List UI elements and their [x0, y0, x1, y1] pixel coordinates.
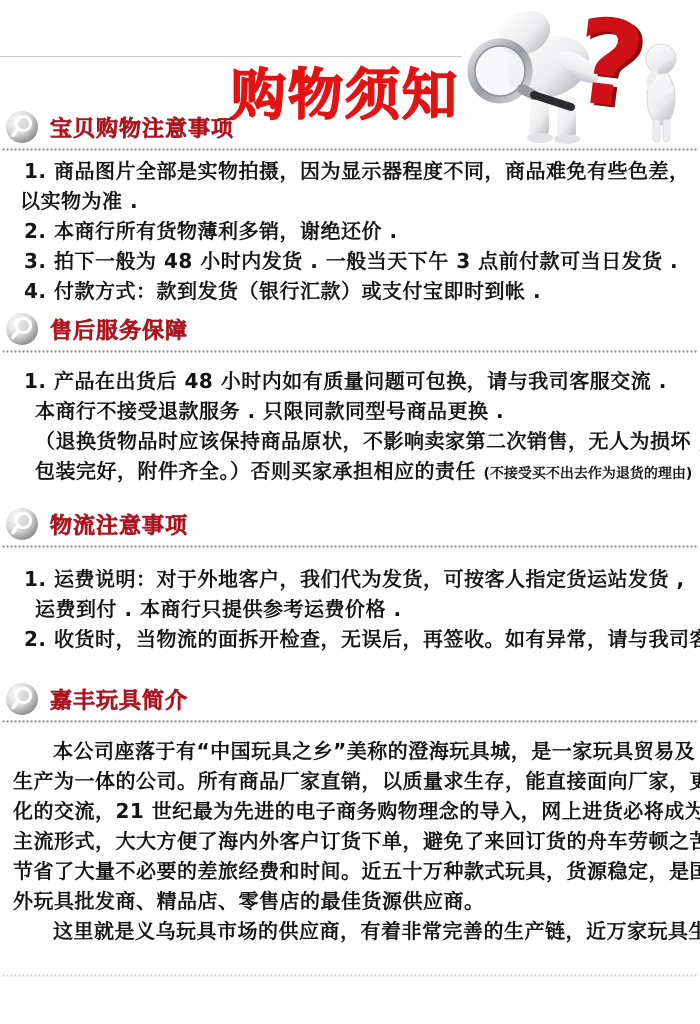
content-line: 4. 付款方式：款到发货（银行汇款）或支付宝即时到帐 .	[0, 276, 700, 306]
content-line: 2. 收货时，当物流的面拆开检查，无误后，再签收。如有异常，请与我司客服联系。	[0, 624, 700, 654]
section-body-company-intro: 本公司座落于有“中国玩具之乡”美称的澄海玩具城，是一家玩具贸易及生产为一体的公司…	[0, 736, 700, 946]
section-head-logistics: 物流注意事项	[5, 507, 188, 541]
content-line: 运费到付 . 本商行只提供参考运费价格 .	[0, 594, 700, 624]
section-title: 宝贝购物注意事项	[50, 112, 234, 143]
section-title: 嘉丰玩具简介	[50, 684, 188, 715]
content-line-text: 生产为一体的公司。所有商品厂家直销，以质量求生存，能直接面向厂家，更透明	[13, 769, 700, 793]
content-line-text: 节省了大量不必要的差旅经费和时间。近五十万种款式玩具，货源稳定，是国内	[13, 859, 700, 883]
content-line-text: 外玩具批发商、精品店、零售店的最佳货源供应商。	[13, 889, 485, 913]
content-line-text: 包装完好，附件齐全。）否则买家承担相应的责任	[35, 459, 483, 483]
section-body-logistics: 1. 运费说明：对于外地客户，我们代为发货，可按客人指定货运站发货 ,运费到付 …	[0, 564, 700, 654]
content-line: 1. 商品图片全部是实物拍摄，因为显示器程度不同，商品难免有些色差，	[0, 156, 700, 186]
dotted-separator	[2, 720, 698, 723]
content-line: 化的交流，21 世纪最为先进的电子商务购物理念的导入，网上进货必将成为一种	[0, 796, 700, 826]
section-body-shopping-notes: 1. 商品图片全部是实物拍摄，因为显示器程度不同，商品难免有些色差，以实物为准 …	[0, 156, 700, 306]
content-line: 1. 产品在出货后 48 小时内如有质量问题可包换，请与我司客服交流 .	[0, 366, 700, 396]
content-line-text: 4. 付款方式：款到发货（银行汇款）或支付宝即时到帐 .	[24, 279, 541, 303]
section-head-shopping-notes: 宝贝购物注意事项	[5, 110, 234, 144]
content-line: 1. 运费说明：对于外地客户，我们代为发货，可按客人指定货运站发货 ,	[0, 564, 700, 594]
content-line: 2. 本商行所有货物薄利多销，谢绝还价 .	[0, 216, 700, 246]
section-title: 售后服务保障	[50, 314, 188, 345]
page-title: 购物须知	[231, 67, 459, 125]
shopping-notice-page: 购物须知 ? ?	[0, 0, 700, 1024]
section-body-after-sales: 1. 产品在出货后 48 小时内如有质量问题可包换，请与我司客服交流 .本商行不…	[0, 366, 700, 489]
content-line: 包装完好，附件齐全。）否则买家承担相应的责任 (不接受买不出去作为退货的理由)	[0, 456, 700, 489]
magnifier-sphere-icon	[5, 682, 39, 716]
content-line-text: 本公司座落于有“中国玩具之乡”美称的澄海玩具城，是一家玩具贸易及	[53, 739, 695, 763]
content-line: 这里就是义乌玩具市场的供应商，有着非常完善的生产链，近万家玩具生产工厂。	[0, 916, 700, 946]
dotted-separator	[2, 545, 698, 548]
content-line-text: 本商行不接受退款服务 . 只限同款同型号商品更换 .	[35, 399, 504, 423]
content-line-text: 运费到付 . 本商行只提供参考运费价格 .	[35, 597, 402, 621]
content-line: 主流形式，大大方便了海内外客户订货下单，避免了来回订货的舟车劳顿之苦，	[0, 826, 700, 856]
content-line-text: （退换货物品时应该保持商品原状，不影响卖家第二次销售，无人为损坏 ,	[35, 429, 700, 453]
magnifier-sphere-icon	[5, 507, 39, 541]
content-line: 外玩具批发商、精品店、零售店的最佳货源供应商。	[0, 886, 700, 916]
content-line: 以实物为准 .	[0, 186, 700, 216]
magnifier-sphere-icon	[5, 110, 39, 144]
content-line: 本公司座落于有“中国玩具之乡”美称的澄海玩具城，是一家玩具贸易及	[0, 736, 700, 766]
thinking-man-figure	[644, 44, 676, 142]
dotted-separator	[2, 350, 698, 353]
content-line: 生产为一体的公司。所有商品厂家直销，以质量求生存，能直接面向厂家，更透明	[0, 766, 700, 796]
content-line: （退换货物品时应该保持商品原状，不影响卖家第二次销售，无人为损坏 ,	[0, 426, 700, 456]
content-line-text: 1. 商品图片全部是实物拍摄，因为显示器程度不同，商品难免有些色差，	[24, 159, 689, 183]
section-title: 物流注意事项	[50, 509, 188, 540]
content-line-text: 2. 收货时，当物流的面拆开检查，无误后，再签收。如有异常，请与我司客服联系。	[24, 627, 700, 651]
question-mark-icon: ? ?	[567, 4, 656, 139]
content-line-text: 化的交流，21 世纪最为先进的电子商务购物理念的导入，网上进货必将成为一种	[13, 799, 700, 823]
content-line: 3. 拍下一般为 48 小时内发货 . 一般当天下午 3 点前付款可当日发货 .	[0, 246, 700, 276]
section-head-company-intro: 嘉丰玩具简介	[5, 682, 188, 716]
content-line: 本商行不接受退款服务 . 只限同款同型号商品更换 .	[0, 396, 700, 426]
content-line-text: 主流形式，大大方便了海内外客户订货下单，避免了来回订货的舟车劳顿之苦，	[13, 829, 700, 853]
content-line-text: 3. 拍下一般为 48 小时内发货 . 一般当天下午 3 点前付款可当日发货 .	[24, 249, 678, 273]
content-line: 节省了大量不必要的差旅经费和时间。近五十万种款式玩具，货源稳定，是国内	[0, 856, 700, 886]
content-line-text: 2. 本商行所有货物薄利多销，谢绝还价 .	[24, 219, 398, 243]
magnifier-sphere-icon	[5, 312, 39, 346]
content-line-text: 1. 产品在出货后 48 小时内如有质量问题可包换，请与我司客服交流 .	[24, 369, 667, 393]
bottom-dotted-separator	[2, 974, 698, 977]
header-art: ? ?	[458, 4, 698, 146]
title-underline	[0, 56, 462, 57]
dotted-separator	[2, 148, 698, 151]
content-line-text: 1. 运费说明：对于外地客户，我们代为发货，可按客人指定货运站发货 ,	[24, 567, 685, 591]
section-head-after-sales: 售后服务保障	[5, 312, 188, 346]
content-line-text: 这里就是义乌玩具市场的供应商，有着非常完善的生产链，近万家玩具生产工厂。	[53, 919, 700, 943]
fine-print: (不接受买不出去作为退货的理由)	[483, 466, 692, 482]
content-line-text: 以实物为准 .	[20, 189, 138, 213]
